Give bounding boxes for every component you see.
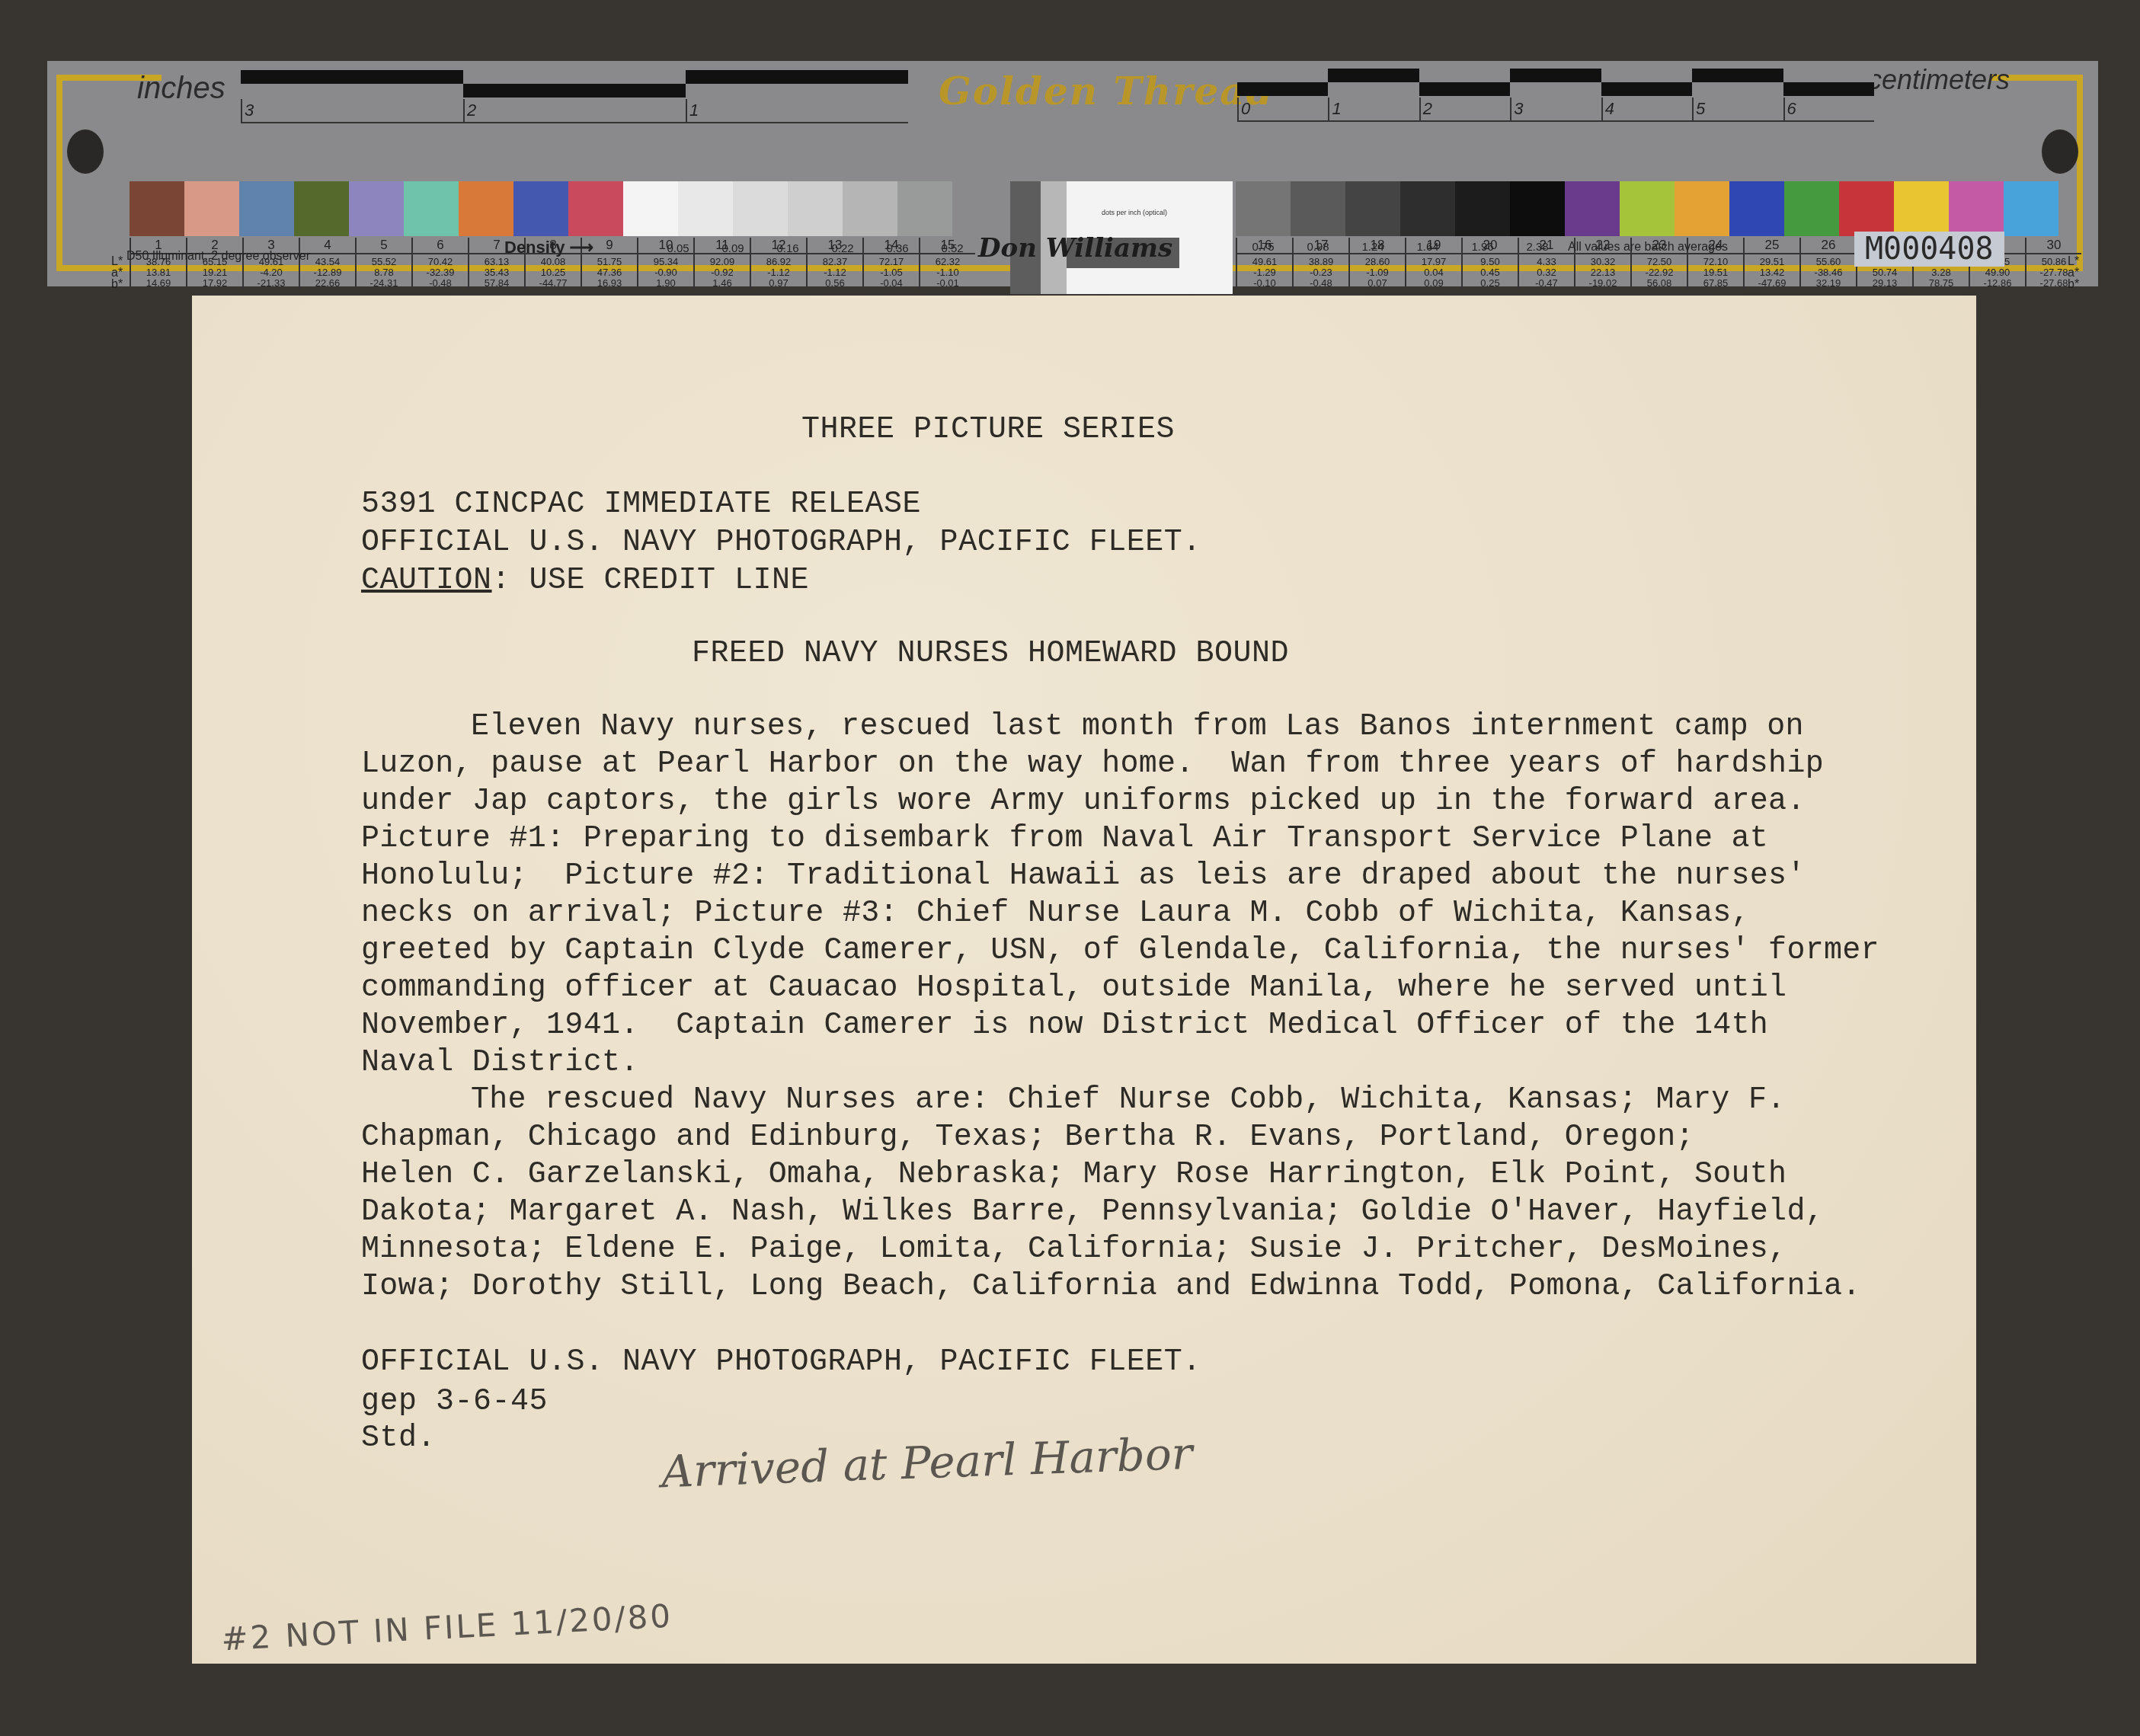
patch-column: 555.528.78-24.31 <box>355 238 411 289</box>
text-line: Dakota; Margaret A. Nash, Wilkes Barre, … <box>361 1194 1908 1231</box>
caution-line: CAUTION: USE CREDIT LINE <box>361 564 809 598</box>
color-swatch <box>678 181 733 236</box>
color-swatch <box>788 181 843 236</box>
color-swatch <box>568 181 623 236</box>
ruler-tick-label: 1 <box>686 99 908 122</box>
color-swatch <box>404 181 459 236</box>
text-line: The rescued Navy Nurses are: Chief Nurse… <box>361 1082 1908 1119</box>
color-calibration-target: inches centimeters 321 Golden Thread 012… <box>47 61 2098 286</box>
color-swatch <box>1455 181 1510 236</box>
text-line: Chapman, Chicago and Edinburg, Texas; Be… <box>361 1119 1908 1156</box>
illuminant-note: D50 Illuminant, 2 degree observer <box>126 250 310 264</box>
text-line: Eleven Navy nurses, rescued last month f… <box>361 708 1908 746</box>
paragraph-2: The rescued Navy Nurses are: Chief Nurse… <box>361 1082 1908 1306</box>
inch-ruler-bars <box>241 70 908 98</box>
patch-column: 2529.5113.42-47.69 <box>1743 238 1799 289</box>
density-label: Density ⟶ <box>504 238 593 257</box>
inches-label: inches <box>137 72 226 106</box>
color-swatch <box>1291 181 1345 236</box>
patch-column: 670.42-32.39-0.48 <box>411 238 468 289</box>
color-swatch <box>1345 181 1400 236</box>
series-title: THREE PICTURE SERIES <box>801 413 1175 447</box>
text-line: under Jap captors, the girls wore Army u… <box>361 783 1908 820</box>
arrow-right-icon: ⟶ <box>570 238 594 257</box>
density-values-right: 0.750.981.241.641.962.38 <box>1236 241 1565 254</box>
text-line: necks on arrival; Picture #3: Chief Nurs… <box>361 895 1908 932</box>
ruler-tick-label: 0 <box>1237 98 1328 120</box>
color-swatch <box>1675 181 1729 236</box>
color-swatch <box>2004 181 2058 236</box>
text-line: Minnesota; Eldene E. Paige, Lomita, Cali… <box>361 1231 1908 1268</box>
text-line: Helen C. Garzelanski, Omaha, Nebraska; M… <box>361 1156 1908 1194</box>
ruler-tick-label: 4 <box>1601 98 1692 120</box>
paragraph-1: Eleven Navy nurses, rescued last month f… <box>361 708 1908 1082</box>
color-swatch <box>1839 181 1894 236</box>
lab-row-labels-left: L*a*b* <box>111 256 123 290</box>
text-line: Luzon, pause at Pearl Harbor on the way … <box>361 746 1908 783</box>
lab-row-labels-right: L*a*b* <box>2068 256 2079 290</box>
brand-name: Golden Thread <box>939 69 1275 113</box>
color-swatch <box>843 181 897 236</box>
text-line: commanding officer at Cauacao Hospital, … <box>361 970 1908 1007</box>
color-swatch <box>1784 181 1839 236</box>
centimeters-label: centimeters <box>1868 64 2010 96</box>
text-line: Honolulu; Picture #2: Traditional Hawaii… <box>361 858 1908 895</box>
headline: FREED NAVY NURSES HOMEWARD BOUND <box>692 637 1289 671</box>
color-swatch <box>239 181 294 236</box>
color-swatch <box>1949 181 2004 236</box>
color-swatch <box>294 181 349 236</box>
ruler-tick-label: 5 <box>1692 98 1783 120</box>
ruler-tick-label: 2 <box>463 99 686 122</box>
density-label-text: Density <box>504 238 565 257</box>
density-values-left: 0.050.090.160.220.360.52 <box>651 242 980 255</box>
inch-ruler-ticks: 321 <box>241 99 908 123</box>
maker-name: Don Williams <box>978 233 1172 264</box>
text-line: greeted by Captain Clyde Camerer, USN, o… <box>361 932 1908 970</box>
color-swatch <box>349 181 404 236</box>
ruler-tick-label: 2 <box>1419 98 1510 120</box>
std-line: Std. <box>361 1421 436 1456</box>
date-line: gep 3-6-45 <box>361 1385 548 1419</box>
color-swatch <box>1236 181 1291 236</box>
color-swatch <box>130 181 184 236</box>
target-id-label: M000408 <box>1854 232 2004 267</box>
text-line: Naval District. <box>361 1044 1908 1082</box>
mounting-hole-left <box>67 129 104 174</box>
color-swatch <box>1565 181 1620 236</box>
cm-ruler-ticks: 0123456 <box>1237 98 1874 122</box>
color-swatch <box>1400 181 1455 236</box>
text-line: Picture #1: Preparing to disembark from … <box>361 820 1908 858</box>
color-swatch <box>897 181 952 236</box>
text-line: November, 1941. Captain Camerer is now D… <box>361 1007 1908 1044</box>
ruler-tick-label: 3 <box>1510 98 1601 120</box>
color-swatch <box>1620 181 1675 236</box>
color-swatch <box>1510 181 1565 236</box>
color-swatch <box>1729 181 1784 236</box>
color-swatch <box>1894 181 1949 236</box>
color-swatch <box>184 181 239 236</box>
caution-text: : USE CREDIT LINE <box>492 564 810 598</box>
color-swatches-right <box>1236 181 2058 236</box>
patch-column: 2655.60-38.4632.19 <box>1799 238 1856 289</box>
ruler-tick-label: 1 <box>1328 98 1419 120</box>
ruler-tick-label: 6 <box>1783 98 1874 120</box>
caution-label: CAUTION <box>361 564 492 598</box>
cm-ruler-bars <box>1237 69 1874 96</box>
color-swatch <box>623 181 678 236</box>
release-line: 5391 CINCPAC IMMEDIATE RELEASE <box>361 488 921 522</box>
credit-line-bottom: OFFICIAL U.S. NAVY PHOTOGRAPH, PACIFIC F… <box>361 1345 1201 1380</box>
ruler-tick-label: 3 <box>241 99 463 122</box>
color-swatch <box>459 181 513 236</box>
color-swatch <box>733 181 788 236</box>
color-swatches-left <box>130 181 952 236</box>
batch-note: All values are batch averages <box>1568 241 1728 254</box>
color-swatch <box>513 181 568 236</box>
text-line: Iowa; Dorothy Still, Long Beach, Califor… <box>361 1268 1908 1306</box>
mounting-hole-right <box>2042 129 2078 174</box>
credit-line-top: OFFICIAL U.S. NAVY PHOTOGRAPH, PACIFIC F… <box>361 526 1201 560</box>
resolution-caption: dots per inch (optical) <box>1102 209 1167 216</box>
